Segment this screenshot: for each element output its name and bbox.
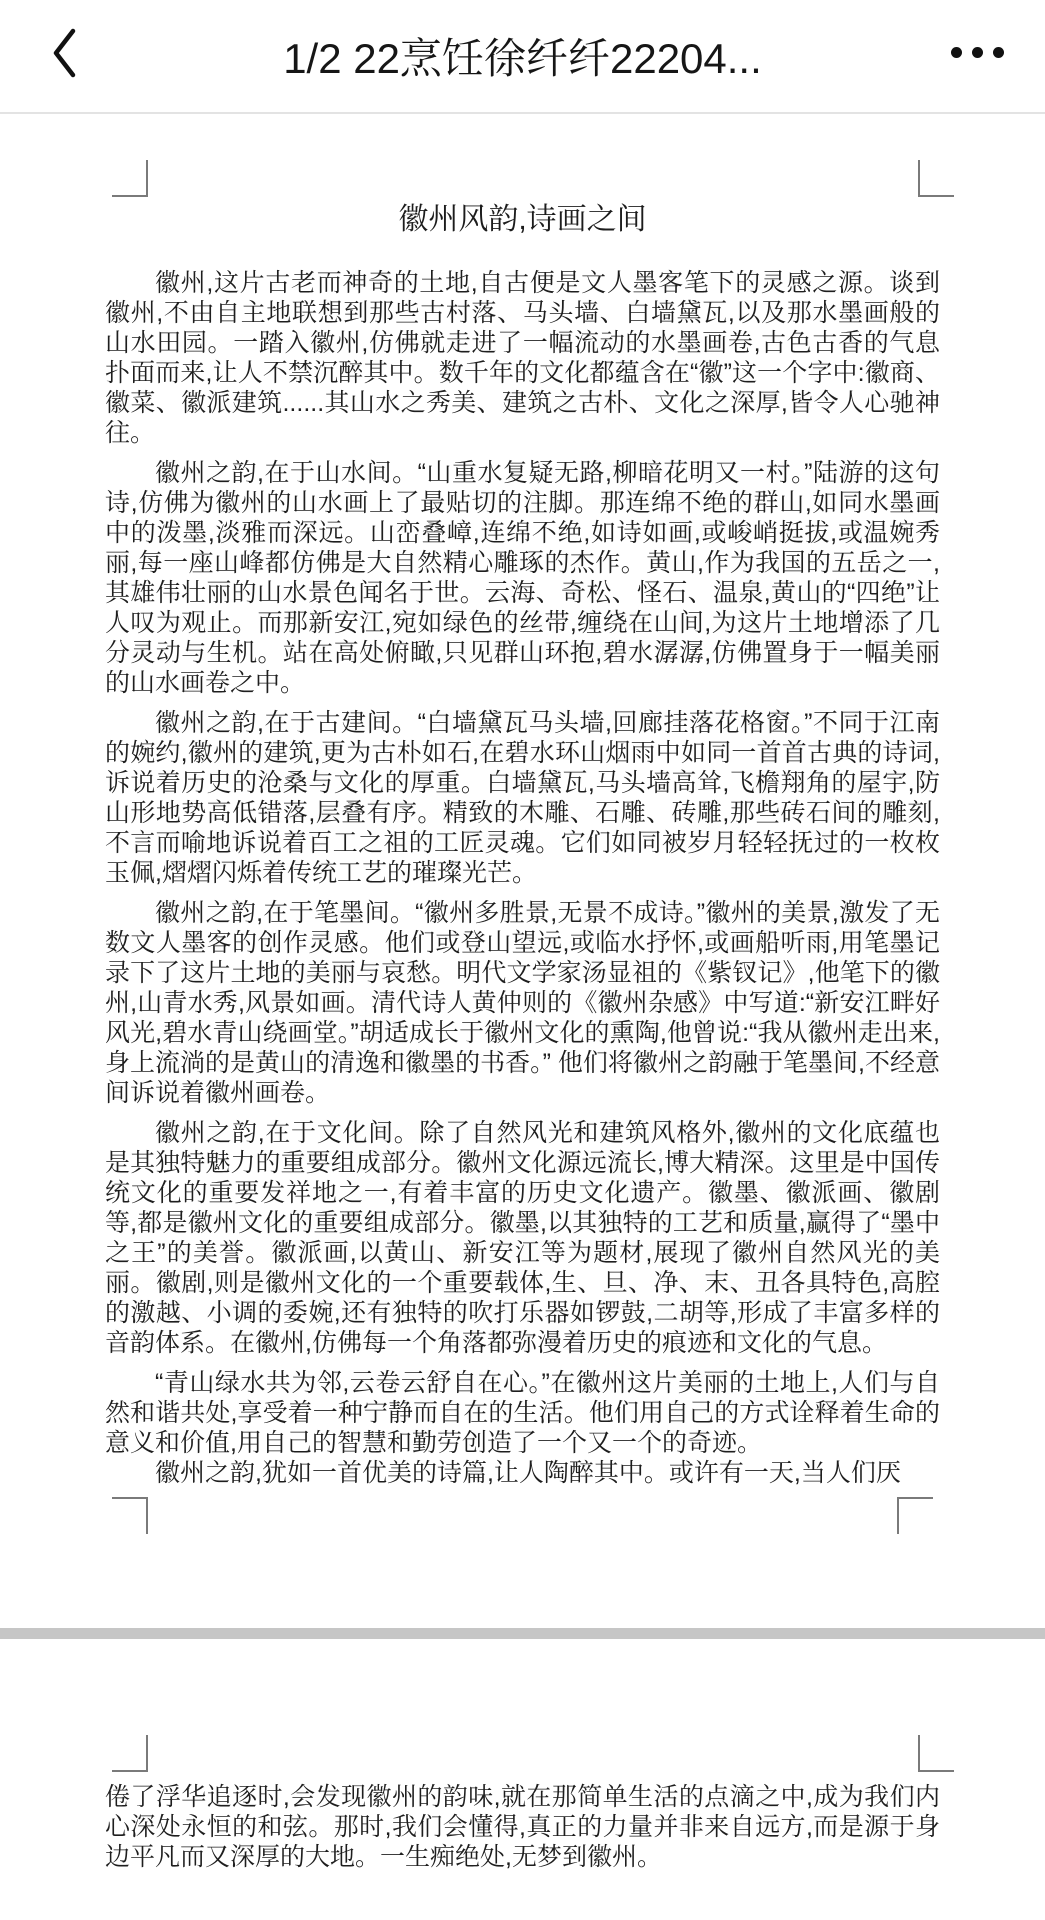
text-boundary-mark-top-right bbox=[918, 1735, 954, 1772]
paragraph-continuation-end: 倦了浮华追逐时,会发现徽州的韵味,就在那简单生活的点滴之中,成为我们内心深处永恒… bbox=[105, 1782, 940, 1872]
document-page-2: 倦了浮华追逐时,会发现徽州的韵味,就在那简单生活的点滴之中,成为我们内心深处永恒… bbox=[0, 1639, 1045, 1920]
ellipsis-icon bbox=[951, 47, 1004, 58]
text-boundary-mark-bottom-left bbox=[112, 1497, 148, 1534]
chevron-left-icon bbox=[51, 27, 77, 79]
text-boundary-mark-top-left bbox=[112, 1735, 148, 1772]
document-body: 徽州,这片古老而神奇的土地,自古便是文人墨客笔下的灵感之源。谈到徽州,不由自主地… bbox=[105, 268, 940, 1458]
document-paragraph: 徽州之韵,在于山水间。“山重水复疑无路,柳暗花明又一村。”陆游的这句诗,仿佛为徽… bbox=[105, 458, 940, 698]
back-button[interactable] bbox=[28, 8, 100, 98]
paragraph-continuation-start: 徽州之韵,犹如一首优美的诗篇,让人陶醉其中。或许有一天,当人们厌 bbox=[105, 1458, 1045, 1488]
text-boundary-mark-bottom-right bbox=[897, 1497, 933, 1534]
document-paragraph: 徽州之韵,在于笔墨间。“徽州多胜景,无景不成诗。”徽州的美景,激发了无数文人墨客… bbox=[105, 898, 940, 1108]
header-bar: 1/2 22烹饪徐纤纤22204... bbox=[0, 0, 1045, 114]
page-separator bbox=[0, 1628, 1045, 1639]
text-boundary-mark-top-left bbox=[112, 160, 148, 197]
more-button[interactable] bbox=[937, 12, 1017, 92]
text-boundary-mark-top-right bbox=[918, 160, 954, 197]
document-paragraph: 徽州,这片古老而神奇的土地,自古便是文人墨客笔下的灵感之源。谈到徽州,不由自主地… bbox=[105, 268, 940, 448]
document-paragraph: 徽州之韵,在于文化间。除了自然风光和建筑风格外,徽州的文化底蕴也是其独特魅力的重… bbox=[105, 1118, 940, 1358]
document-paragraph: “青山绿水共为邻,云卷云舒自在心。”在徽州这片美丽的土地上,人们与自然和谐共处,… bbox=[105, 1368, 940, 1458]
document-paragraph: 徽州之韵,在于古建间。“白墙黛瓦马头墙,回廊挂落花格窗。”不同于江南的婉约,徽州… bbox=[105, 708, 940, 888]
header-title: 1/2 22烹饪徐纤纤22204... bbox=[130, 0, 915, 112]
document-page-1: 徽州风韵,诗画之间 徽州,这片古老而神奇的土地,自古便是文人墨客笔下的灵感之源。… bbox=[0, 114, 1045, 1628]
document-scroll-area[interactable]: 徽州风韵,诗画之间 徽州,这片古老而神奇的土地,自古便是文人墨客笔下的灵感之源。… bbox=[0, 114, 1045, 1920]
document-viewer-screen: 1/2 22烹饪徐纤纤22204... 徽州风韵,诗画之间 徽州,这片古老而神奇… bbox=[0, 0, 1045, 1920]
document-title: 徽州风韵,诗画之间 bbox=[0, 114, 1045, 237]
